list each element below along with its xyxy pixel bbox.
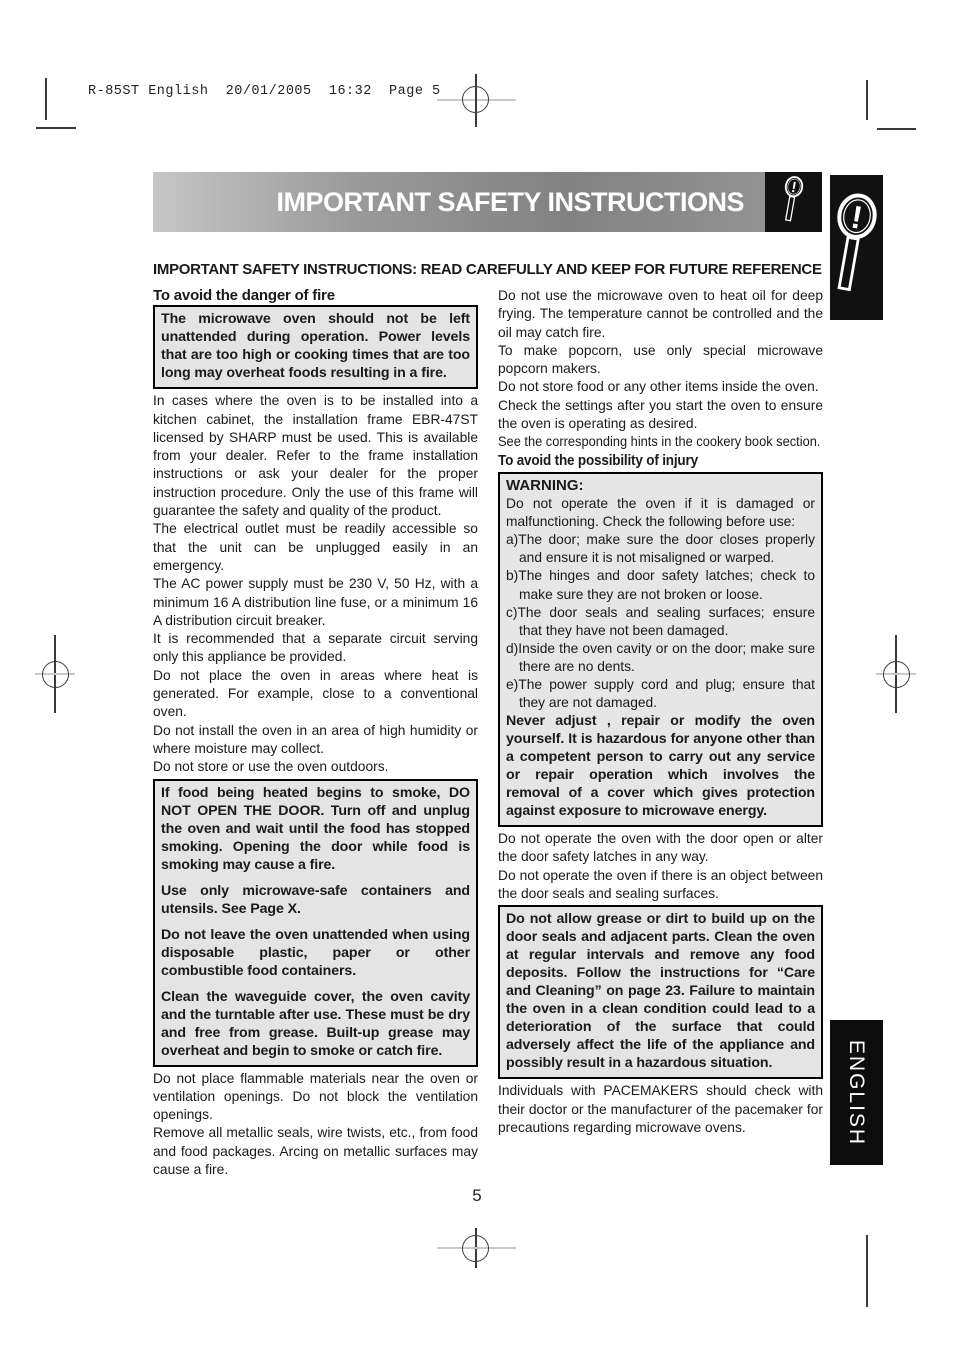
warning-box-damaged: WARNING: Do not operate the oven if it i… — [498, 472, 823, 827]
crop-mark-top-left-vertical — [45, 78, 47, 120]
warning-box-text: The microwave oven should not be left un… — [161, 310, 470, 382]
paragraph: Do not store food or any other items ins… — [498, 378, 823, 396]
registration-mark-bottom-circle — [462, 1235, 489, 1262]
paragraph: The AC power supply must be 230 V, 50 Hz… — [153, 575, 478, 630]
crop-mark-top-left-horizontal — [36, 127, 76, 129]
warning-item: d)Inside the oven cavity or on the door;… — [506, 640, 815, 676]
paragraph: In cases where the oven is to be install… — [153, 392, 478, 520]
page-number: 5 — [0, 1186, 954, 1206]
language-tab-english: ENGLISH — [830, 1020, 883, 1165]
registration-mark-left-circle — [42, 661, 69, 688]
warning-box-text: Use only microwave-safe containers and u… — [161, 882, 470, 918]
section-heading-possibility-of-injury: To avoid the possibility of injury — [498, 452, 791, 470]
warning-box-text: Do not allow grease or dirt to build up … — [506, 910, 815, 1072]
section-banner: IMPORTANT SAFETY INSTRUCTIONS ! — [153, 172, 822, 232]
paragraph: Do not use the microwave oven to heat oi… — [498, 287, 823, 342]
warning-box-grease: Do not allow grease or dirt to build up … — [498, 905, 823, 1079]
side-icon-bar: ! — [830, 175, 883, 320]
svg-text:!: ! — [789, 179, 797, 196]
banner-icon-box: ! — [765, 172, 822, 232]
warning-intro: Do not operate the oven if it is damaged… — [506, 495, 815, 531]
paragraph: It is recommended that a separate circui… — [153, 630, 478, 667]
paragraph: Do not operate the oven with the door op… — [498, 830, 823, 867]
paragraph: Check the settings after you start the o… — [498, 397, 823, 434]
paragraph: Do not place the oven in areas where hea… — [153, 667, 478, 722]
paragraph: Do not store or use the oven outdoors. — [153, 758, 478, 776]
paragraph: Remove all metallic seals, wire twists, … — [153, 1124, 478, 1179]
magnifier-exclamation-icon: ! — [774, 174, 814, 231]
paragraph: Do not operate the oven if there is an o… — [498, 867, 823, 904]
warning-box-text: Do not leave the oven unattended when us… — [161, 926, 470, 980]
paragraph: Do not place flammable materials near th… — [153, 1070, 478, 1125]
paragraph: Do not install the oven in an area of hi… — [153, 722, 478, 759]
magnifier-exclamation-icon: ! — [833, 183, 881, 312]
warning-title: WARNING: — [506, 477, 815, 495]
warning-item: e)The power supply cord and plug; ensure… — [506, 676, 815, 712]
crop-mark-top-right-horizontal — [877, 128, 916, 130]
language-label: ENGLISH — [845, 1039, 869, 1145]
paragraph: See the corresponding hints in the cooke… — [498, 433, 800, 451]
paragraph: To make popcorn, use only special microw… — [498, 342, 823, 379]
manual-page: R-85ST English 20/01/2005 16:32 Page 5 I… — [0, 0, 954, 1351]
paragraph: The electrical outlet must be readily ac… — [153, 520, 478, 575]
content-columns: To avoid the danger of fire The microwav… — [153, 287, 823, 1179]
registration-mark-top-circle — [462, 86, 489, 113]
warning-item: c)The door seals and sealing surfaces; e… — [506, 604, 815, 640]
section-heading-danger-of-fire: To avoid the danger of fire — [153, 287, 478, 305]
paragraph: Individuals with PACEMAKERS should check… — [498, 1082, 823, 1137]
print-header-line: R-85ST English 20/01/2005 16:32 Page 5 — [88, 84, 441, 99]
registration-mark-right-circle — [883, 661, 910, 688]
left-column: To avoid the danger of fire The microwav… — [153, 287, 478, 1179]
warning-box-smoke: If food being heated begins to smoke, DO… — [153, 779, 478, 1067]
warning-bold-note: Never adjust , repair or modify the oven… — [506, 712, 815, 820]
warning-box-text: Clean the waveguide cover, the oven cavi… — [161, 988, 470, 1060]
banner-title: IMPORTANT SAFETY INSTRUCTIONS — [276, 187, 822, 218]
warning-item: b)The hinges and door safety latches; ch… — [506, 567, 815, 603]
warning-item: a)The door; make sure the door closes pr… — [506, 531, 815, 567]
crop-mark-bottom-right-vertical — [866, 1235, 868, 1307]
crop-mark-top-right-vertical — [866, 80, 868, 120]
page-title: IMPORTANT SAFETY INSTRUCTIONS: READ CARE… — [153, 261, 827, 278]
warning-box-unattended: The microwave oven should not be left un… — [153, 305, 478, 389]
right-column: Do not use the microwave oven to heat oi… — [498, 287, 823, 1179]
warning-box-text: If food being heated begins to smoke, DO… — [161, 784, 470, 874]
